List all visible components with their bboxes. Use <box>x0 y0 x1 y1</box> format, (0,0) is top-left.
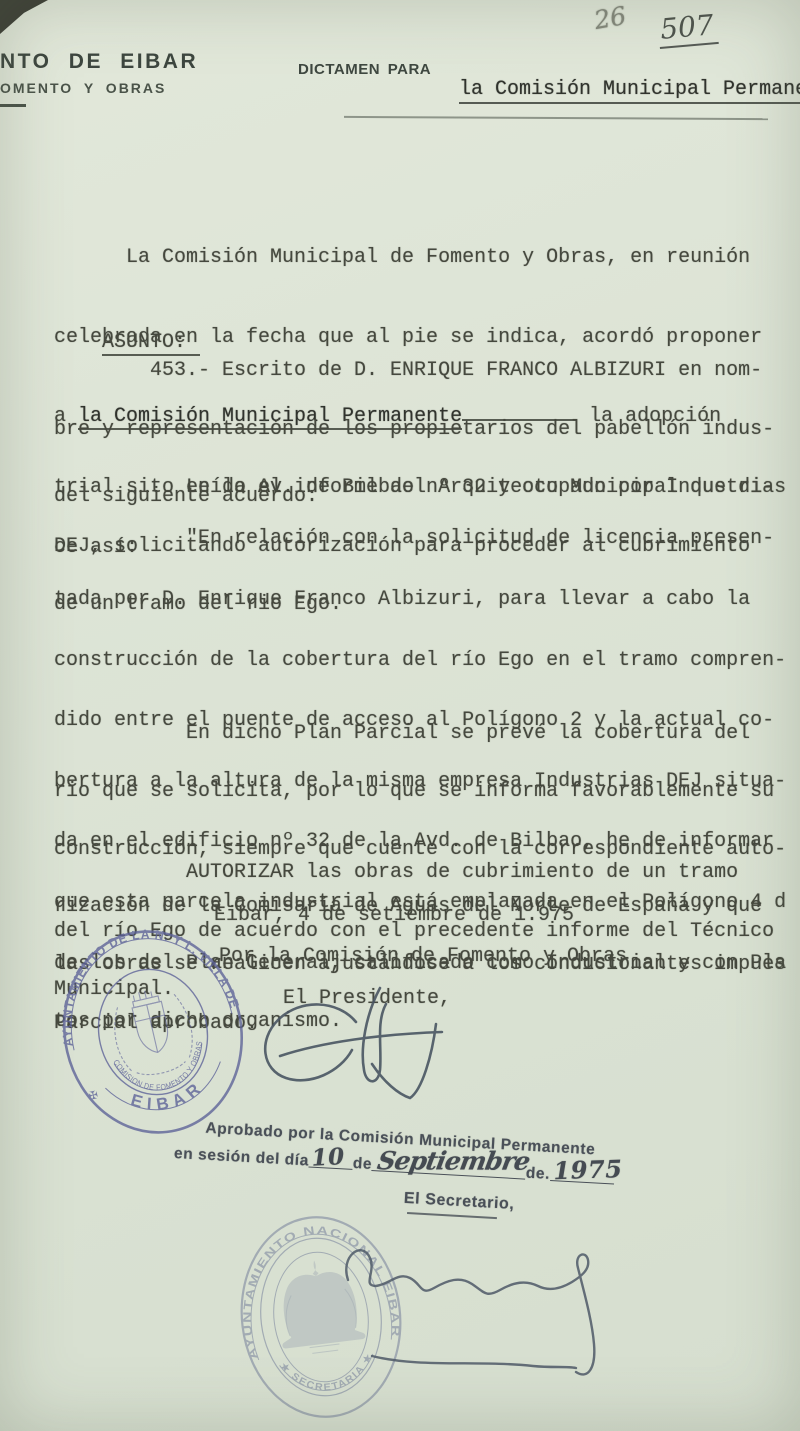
date-line: Eibar, 4 de setiembre de 1.975 <box>214 904 574 927</box>
handwritten-year: 1975 <box>553 1154 623 1185</box>
year-blank: 1975 <box>550 1166 615 1185</box>
handwritten-folio-ink: 507 <box>657 8 719 49</box>
handwritten-day: 10 <box>311 1143 345 1172</box>
text-line: La Comisión Municipal de Fomento y Obras… <box>54 245 762 272</box>
dictamen-addressee: la Comisión Municipal Permanent <box>411 55 800 124</box>
month-blank: Septiembre <box>372 1156 527 1180</box>
handwritten-month: Septiembre <box>376 1146 533 1176</box>
scanned-document-page: 26 507 NTO DE EIBAR OMENTO Y OBRAS DICTA… <box>0 0 800 1431</box>
letterhead-rule <box>0 104 26 107</box>
secretary-signature <box>328 1228 748 1398</box>
commission-line: Por la Comisión de Fomento y Obras <box>219 945 627 968</box>
approval-rubber-stamp: Aprobado por la Comisión Municipal Perma… <box>171 1118 775 1234</box>
president-signature <box>252 978 462 1108</box>
seal-cross-glyph: ✠ <box>88 1089 100 1103</box>
scan-corner-artifact <box>0 0 48 34</box>
secretary-underline <box>407 1212 497 1219</box>
handwritten-folio-pencil: 26 <box>592 1 628 35</box>
day-blank: 10 <box>309 1152 354 1169</box>
letterhead-municipality: NTO DE EIBAR <box>0 50 198 74</box>
letterhead-department: OMENTO Y OBRAS <box>0 80 166 96</box>
